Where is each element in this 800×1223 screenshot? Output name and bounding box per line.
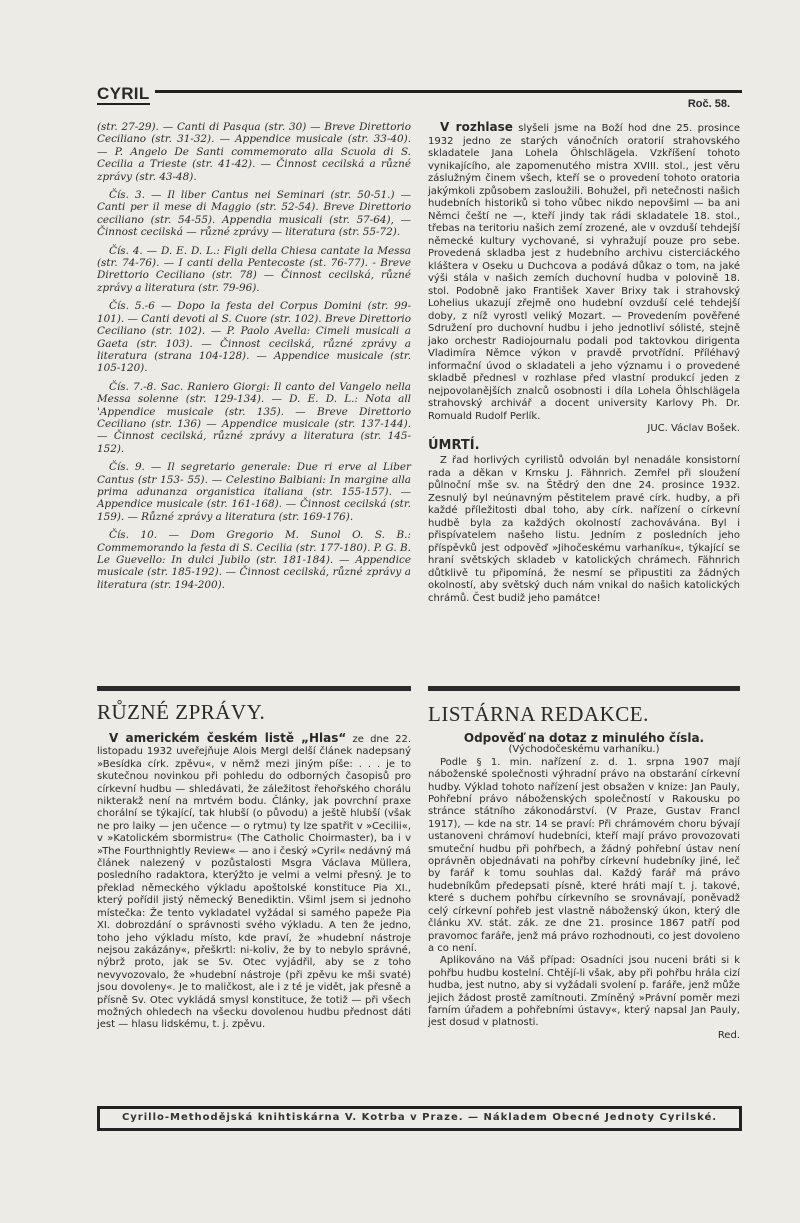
listing-entry: (str. 27-29). — Canti di Pasqua (str. 30… bbox=[97, 121, 411, 183]
contents-listing: (str. 27-29). — Canti di Pasqua (str. 30… bbox=[97, 121, 411, 597]
page-header: CYRIL Roč. 58. bbox=[97, 84, 742, 114]
radio-signature: JUC. Václav Bošek. bbox=[428, 423, 740, 436]
volume-number: Roč. 58. bbox=[688, 98, 730, 110]
radio-and-obituary: V rozhlase slyšeli jsme na Boží hod dne … bbox=[428, 121, 740, 605]
obituary-heading: ÚMRTÍ. bbox=[428, 440, 740, 453]
letters-subtitle: Odpověď na dotaz z minulého čísla. bbox=[428, 732, 740, 744]
news-article: V americkém českém listě „Hlas“ ze dne 2… bbox=[97, 732, 411, 1032]
listing-entry: Čís. 5.-6 — Dopo la festa del Corpus Dom… bbox=[97, 300, 411, 374]
listing-entry: Čís. 3. — Il liber Cantus nei Seminari (… bbox=[97, 189, 411, 239]
obituary-text: Z řad horlivých cyrilistů odvolán byl ne… bbox=[428, 455, 740, 605]
section-rule-right bbox=[428, 686, 740, 691]
journal-title: CYRIL bbox=[97, 84, 150, 105]
news-text: ze dne 22. listopadu 1932 uveřejňuje Alo… bbox=[97, 734, 411, 1030]
news-lead: V americkém českém listě „Hlas“ bbox=[109, 731, 346, 745]
listing-entry: Čís. 4. — D. E. D. L.: Figli della Chies… bbox=[97, 245, 411, 295]
news-section-body: V americkém českém listě „Hlas“ ze dne 2… bbox=[97, 732, 411, 1032]
listing-entry: Čís. 7.-8. Sac. Raniero Giorgi: Il canto… bbox=[97, 381, 411, 455]
letters-paragraph: Podle § 1. min. nařízení z. d. 1. srpna … bbox=[428, 757, 740, 956]
letters-paragraph: Aplikováno na Váš případ: Osadníci jsou … bbox=[428, 955, 740, 1029]
section-rule-left bbox=[97, 686, 411, 691]
printer-imprint: Cyrillo-Methodějská knihtiskárna V. Kotr… bbox=[97, 1106, 742, 1131]
header-rule bbox=[155, 90, 742, 93]
news-section-title: RŮZNÉ ZPRÁVY. bbox=[97, 700, 265, 725]
letters-section-body: Odpověď na dotaz z minulého čísla. (Vých… bbox=[428, 732, 740, 1044]
radio-lead: V rozhlase bbox=[440, 120, 513, 134]
letters-signature: Red. bbox=[428, 1030, 740, 1042]
letters-addressee: (Východočeskému varhaníku.) bbox=[428, 744, 740, 756]
radio-article: V rozhlase slyšeli jsme na Boží hod dne … bbox=[428, 121, 740, 423]
radio-text: slyšeli jsme na Boží hod dne 25. prosinc… bbox=[428, 123, 740, 422]
listing-entry: Čís. 10. — Dom Gregorio M. Sunol O. S. B… bbox=[97, 529, 411, 591]
imprint-text: Cyrillo-Methodějská knihtiskárna V. Kotr… bbox=[100, 1109, 739, 1127]
journal-page: CYRIL Roč. 58. (str. 27-29). — Canti di … bbox=[0, 0, 800, 1223]
listing-entry: Čís. 9. — Il segretario generale: Due ri… bbox=[97, 461, 411, 523]
letters-section-title: LISTÁRNA REDAKCE. bbox=[428, 702, 649, 727]
